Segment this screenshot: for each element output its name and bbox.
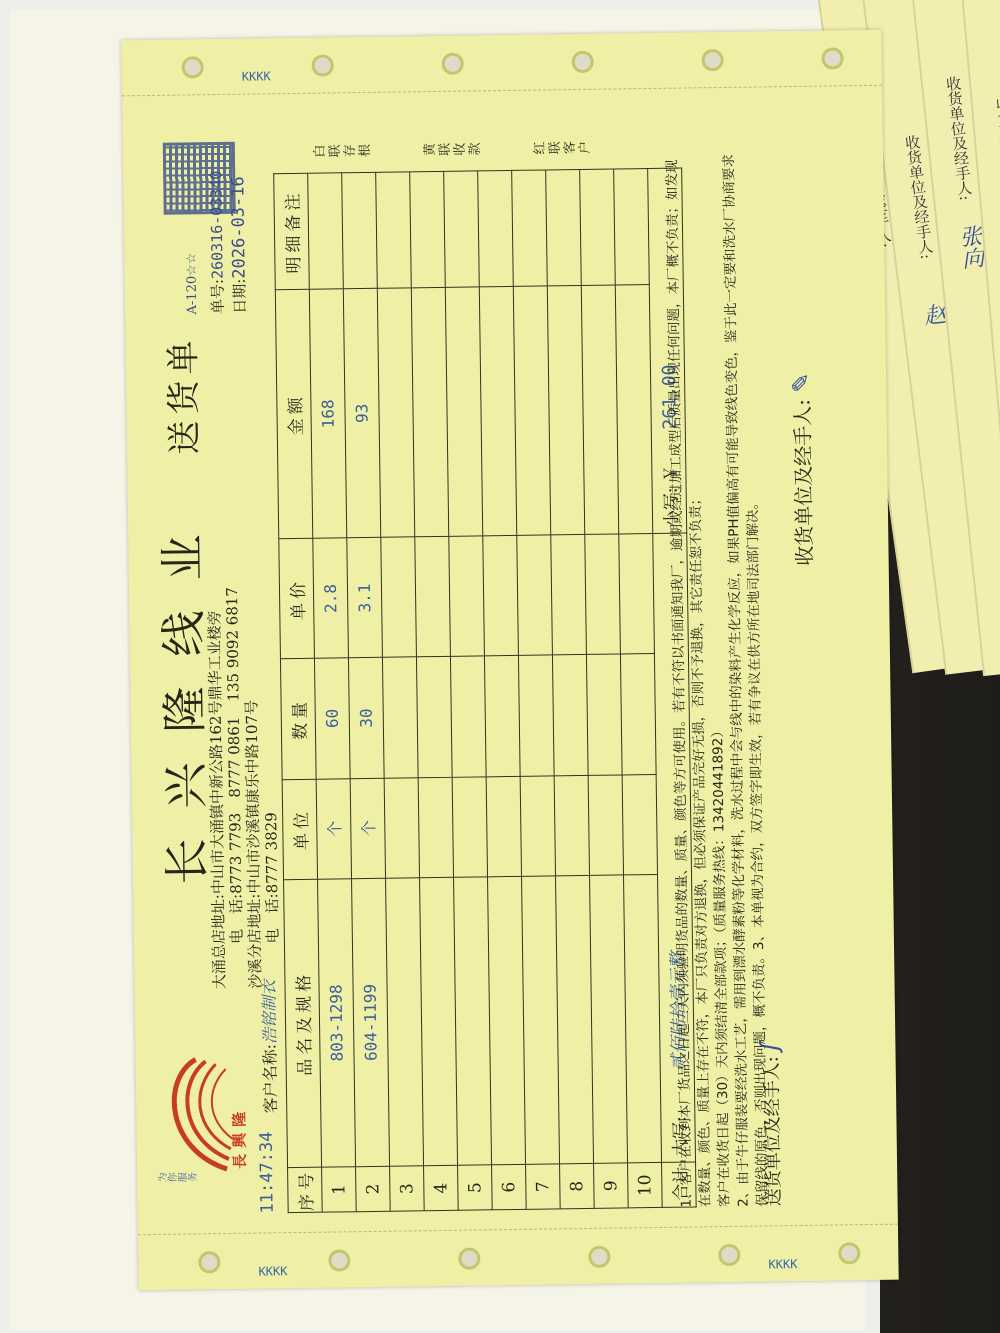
cell-price [483,536,519,657]
phone-value: 8777 3829 [262,812,281,893]
cell-note [546,169,582,286]
date-label: 日期: [231,279,249,314]
sender-signature: 送货单位及经手人: ʃ [755,1042,785,1206]
feed-hole [312,54,334,76]
cell-no: 10 [628,1163,663,1208]
cell-price: 2.8 [313,538,349,659]
cell-amount [411,288,448,538]
cell-unit [418,777,453,878]
cell-unit [384,777,419,878]
cell-amount [547,286,584,536]
customer-value: 浩铭制衣 [259,980,279,1044]
logo-slogan: 为你服务 [157,1171,197,1187]
cell-qty [416,657,452,777]
logo-text: 長興隆 [228,1106,250,1169]
phone-label: 电 话: [227,894,247,1014]
copy-red-customer: 红联客户 [533,138,593,155]
receiver-signature: 收货单位及经手人: ✎ [786,372,818,566]
cell-amount [377,288,414,538]
receiver-handwritten-signature-icon: ✎ [787,372,815,392]
qr-code-icon [163,142,236,215]
feed-hole [182,56,204,78]
header-no: 序号 [288,1167,323,1212]
header-qty: 数量 [280,659,316,779]
header-amount: 金额 [275,290,312,540]
cell-unit [622,774,657,875]
phone-value: 8773 7793 8777 0861 135 9092 6817 [223,587,245,894]
cell-amount: 93 [343,289,380,539]
cell-qty [484,656,520,776]
document-title: 送货单 [155,334,206,455]
cell-unit [588,774,623,875]
perforation-code: KKKK [768,1257,797,1271]
cell-price [551,535,587,656]
cell-name [624,874,662,1163]
cell-name [420,877,458,1166]
cell-name [590,875,628,1164]
feed-hole [458,1247,480,1269]
cell-qty [450,656,486,776]
feed-hole [588,1246,610,1268]
address-label: 大涌总店地址: [209,894,229,1014]
cell-name [488,876,526,1165]
cell-note [308,173,344,290]
customer-name: 客户名称:浩铭制衣 [256,980,281,1114]
perforation-code: KKKK [242,69,271,83]
copy-yellow-payment: 黄联收款 [423,139,483,156]
cell-qty [620,654,656,774]
cell-qty [382,657,418,777]
feed-hole [572,51,594,73]
cell-note [478,170,514,287]
cell-amount [479,287,516,537]
cell-price [449,536,485,657]
cell-note [376,172,412,289]
cell-price [585,534,621,655]
items-table: 序号 品名及规格 单位 数量 单价 金额 明细备注 1 803-1298 个 6 [273,168,696,1214]
cell-note [512,170,548,287]
print-time: 11:47:34 [257,1131,278,1213]
cell-amount [615,285,652,535]
feed-hole [701,49,723,71]
cell-amount [513,286,550,536]
cell-qty [586,654,622,774]
perforated-edge-right: KKKK [121,30,882,97]
feed-hole [718,1244,740,1266]
cell-name [522,876,560,1165]
cell-no: 3 [390,1166,425,1211]
slip-number-label: 单号: [209,279,227,314]
header-unit: 单位 [282,779,317,880]
address-line: 沙溪分店地址:中山市沙溪镇康乐中路107号 [243,700,265,1014]
cell-no: 4 [424,1166,459,1211]
cell-price [381,537,417,658]
cell-unit: 个 [316,778,351,879]
cell-unit [520,775,555,876]
cell-name: 604-1199 [352,878,390,1167]
perforated-edge-left: KKKK KKKK [138,1224,899,1291]
form-code: A-120☆☆ [184,252,200,314]
feed-hole [198,1251,220,1273]
header-note: 明细备注 [274,173,310,290]
cell-name [386,878,424,1167]
cell-note [614,169,650,286]
cell-price [619,534,655,655]
cell-no: 2 [356,1166,391,1211]
header-name: 品名及规格 [284,879,322,1168]
cell-amount [581,285,618,535]
copy-white-stub: 白联存根 [313,141,373,158]
cell-note [580,169,616,286]
cell-unit: 个 [350,778,385,879]
cell-qty [552,655,588,775]
cell-unit [452,776,487,877]
cell-amount: 168 [309,289,346,539]
cell-price [517,535,553,656]
cell-note [342,172,378,289]
cell-qty: 60 [314,658,350,778]
cell-name [454,877,492,1166]
cell-no: 5 [458,1165,493,1210]
perforation-code: KKKK [258,1264,287,1278]
slip-content: 为你服务 長興隆 长兴隆线业 送货单 大涌总店地址:中山市大涌镇中新公路162号… [122,105,897,1216]
feed-hole [442,53,464,75]
receiver-label: 收货单位及经手人: [790,399,816,566]
header-price: 单价 [279,539,315,660]
cell-amount [445,287,482,537]
cell-unit [554,775,589,876]
cell-no: 7 [526,1164,561,1209]
cell-qty: 30 [348,658,384,778]
cell-price: 3.1 [347,538,383,659]
delivery-slip-wrapper: KKKK KKKK KKKK 为你服务 長興隆 长兴隆线业 送货单 [0,0,1000,1333]
cell-no: 6 [492,1165,527,1210]
sender-handwritten-signature-icon: ʃ [755,1042,783,1050]
cell-qty [518,655,554,775]
feed-hole [328,1249,350,1271]
cell-name [556,875,594,1164]
sender-label: 送货单位及经手人: [762,1056,785,1206]
cell-note [410,171,446,288]
cell-note [444,171,480,288]
cell-no: 9 [594,1163,629,1208]
delivery-slip: KKKK KKKK KKKK 为你服务 長興隆 长兴隆线业 送货单 [121,30,898,1290]
cell-price [415,537,451,658]
cell-no: 1 [322,1167,357,1212]
cell-name: 803-1298 [318,878,356,1167]
customer-label: 客户名称: [260,1044,280,1114]
address-value: 中山市沙溪镇康乐中路107号 [243,700,264,894]
feed-hole [838,1242,860,1264]
cell-no: 8 [560,1164,595,1209]
cell-unit [486,776,521,877]
feed-hole [821,47,843,69]
